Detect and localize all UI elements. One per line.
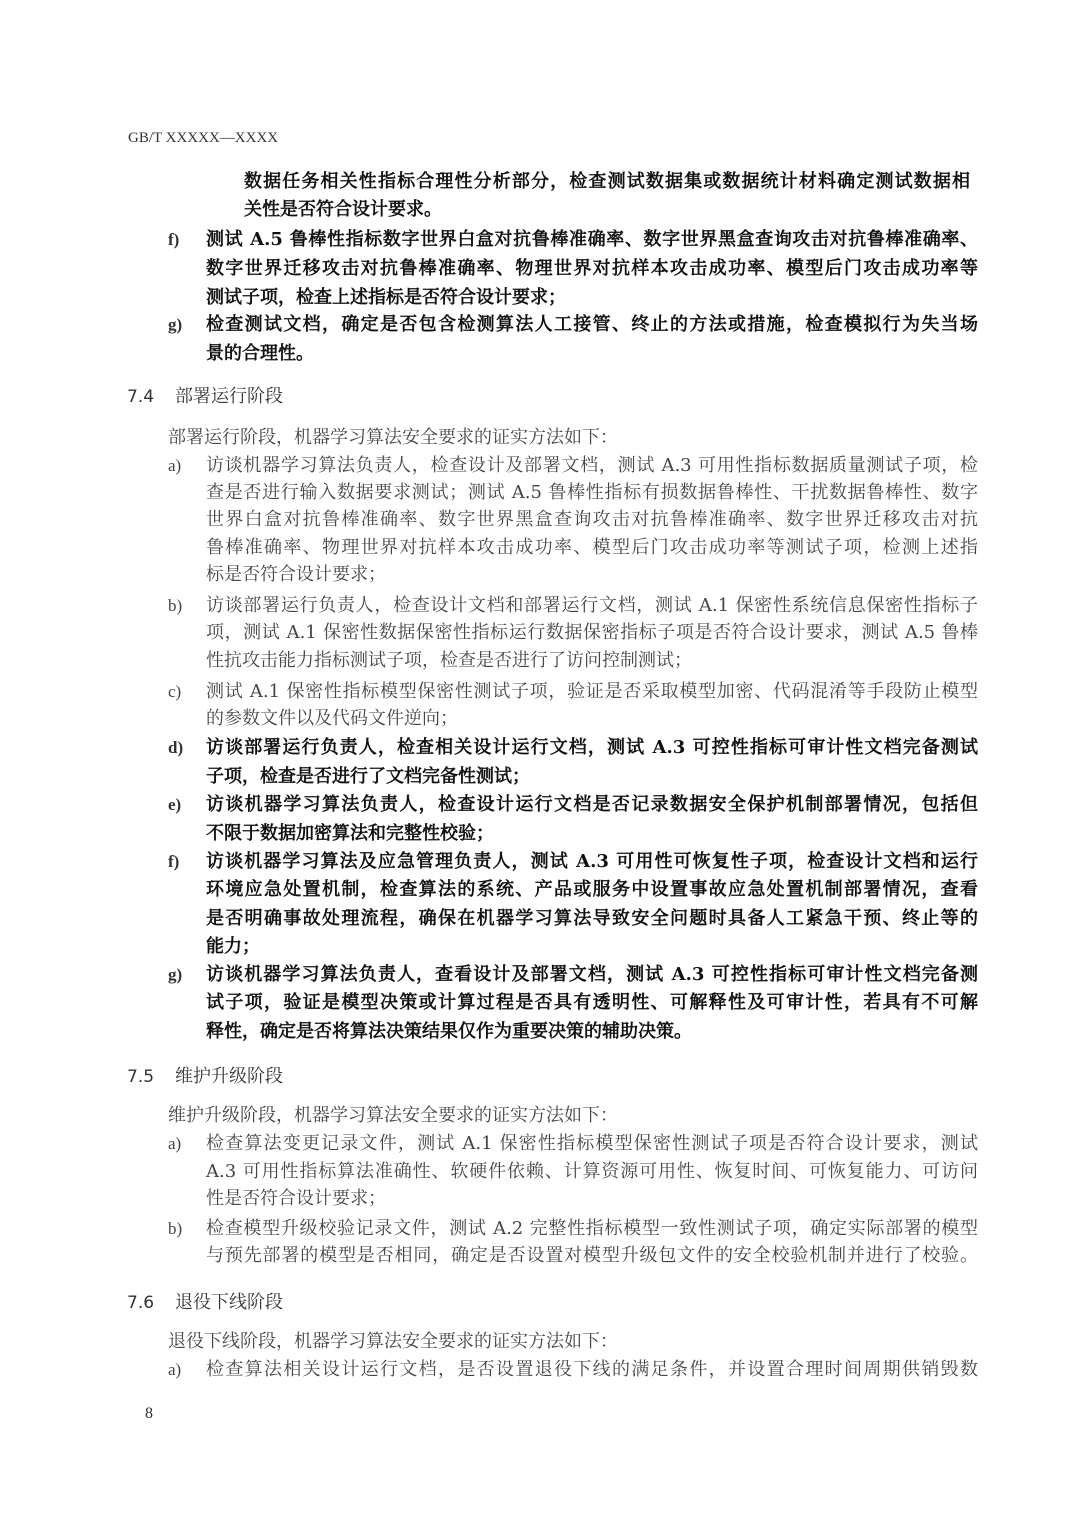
text-line: 标是否符合设计要求； (206, 563, 386, 587)
section-intro: 维护升级阶段，机器学习算法安全要求的证实方法如下： (168, 1104, 618, 1128)
section-title: 退役下线阶段 (175, 1292, 283, 1313)
section-heading-7-4: 7.4部署运行阶段 (127, 382, 283, 408)
item-label: a) (168, 1134, 181, 1154)
text-line: 鲁棒准确率、物理世界对抗样本攻击成功率、模型后门攻击成功率等测试子项，检测上述指 (206, 536, 978, 560)
item-label: g) (168, 315, 182, 335)
text-line: 性是否符合设计要求； (206, 1187, 386, 1211)
text-line: 与预先部署的模型是否相同，确定是否设置对模型升级包文件的安全校验机制并进行了校验… (206, 1244, 978, 1268)
item-label: e) (168, 795, 181, 815)
item-label: b) (168, 1219, 182, 1239)
item-label: a) (168, 1360, 181, 1380)
text-line: 试子项，验证是模型决策或计算过程是否具有透明性、可解释性及可审计性，若具有不可解 (206, 991, 978, 1015)
section-heading-7-6: 7.6退役下线阶段 (127, 1288, 283, 1314)
text-line: 测试子项，检查上述指标是否符合设计要求； (206, 286, 566, 310)
item-label: c) (168, 682, 181, 702)
item-label: f) (168, 852, 179, 872)
text-line: 访谈机器学习算法及应急管理负责人，测试 A.3 可用性可恢复性子项，检查设计文档… (206, 850, 978, 874)
item-label: f) (168, 230, 179, 250)
text-line: 测试 A.5 鲁棒性指标数字世界白盒对抗鲁棒准确率、数字世界黑盒查询攻击对抗鲁棒… (206, 228, 978, 252)
text-line: 关性是否符合设计要求。 (244, 198, 442, 222)
text-line: 访谈机器学习算法负责人，查看设计及部署文档，测试 A.3 可控性指标可审计性文档… (206, 963, 978, 987)
section-title: 维护升级阶段 (175, 1066, 283, 1087)
text-line: 数据任务相关性指标合理性分析部分，检查测试数据集或数据统计材料确定测试数据相 (244, 170, 970, 194)
item-label: d) (168, 738, 183, 758)
text-line: 访谈部署运行负责人，检查相关设计运行文档，测试 A.3 可控性指标可审计性文档完… (206, 736, 978, 760)
text-line: 性抗攻击能力指标测试子项，检查是否进行了访问控制测试； (206, 649, 692, 673)
standard-code-header: GB/T XXXXX—XXXX (128, 130, 278, 147)
text-line: 检查算法相关设计运行文档，是否设置退役下线的满足条件，并设置合理时间周期供销毁数 (206, 1358, 978, 1382)
text-line: 检查测试文档，确定是否包含检测算法人工接管、终止的方法或措施，检查模拟行为失当场 (206, 313, 978, 337)
section-number: 7.6 (127, 1293, 175, 1313)
document-page: GB/T XXXXX—XXXX 数据任务相关性指标合理性分析部分，检查测试数据集… (0, 0, 1080, 1528)
text-line: 不限于数据加密算法和完整性校验； (206, 822, 494, 846)
item-label: a) (168, 456, 181, 476)
text-line: 景的合理性。 (206, 342, 314, 366)
text-line: 查是否进行输入数据要求测试；测试 A.5 鲁棒性指标有损数据鲁棒性、干扰数据鲁棒… (206, 481, 978, 505)
item-label: b) (168, 596, 182, 616)
text-line: 访谈机器学习算法负责人，检查设计运行文档是否记录数据安全保护机制部署情况，包括但 (206, 793, 978, 817)
text-line: 环境应急处置机制，检查算法的系统、产品或服务中设置事故应急处置机制部署情况，查看 (206, 878, 978, 902)
text-line: 数字世界迁移攻击对抗鲁棒准确率、物理世界对抗样本攻击成功率、模型后门攻击成功率等 (206, 257, 978, 281)
page-number: 8 (145, 1405, 153, 1423)
text-line: 项，测试 A.1 保密性数据保密性指标运行数据保密指标子项是否符合设计要求，测试… (206, 621, 978, 645)
section-heading-7-5: 7.5维护升级阶段 (127, 1062, 283, 1088)
text-line: 能力； (206, 935, 260, 959)
text-line: 世界白盒对抗鲁棒准确率、数字世界黑盒查询攻击对抗鲁棒准确率、数字世界迁移攻击对抗 (206, 508, 978, 532)
text-line: 访谈部署运行负责人，检查设计文档和部署运行文档，测试 A.1 保密性系统信息保密… (206, 594, 978, 618)
text-line: 是否明确事故处理流程，确保在机器学习算法导致安全问题时具备人工紧急干预、终止等的 (206, 907, 978, 931)
text-line: 检查模型升级校验记录文件，测试 A.2 完整性指标模型一致性测试子项，确定实际部… (206, 1217, 978, 1241)
section-intro: 退役下线阶段，机器学习算法安全要求的证实方法如下： (168, 1330, 618, 1354)
section-number: 7.4 (127, 387, 175, 407)
text-line: A.3 可用性指标算法准确性、软硬件依赖、计算资源可用性、恢复时间、可恢复能力、… (206, 1160, 978, 1184)
text-line: 的参数文件以及代码文件逆向； (206, 707, 458, 731)
text-line: 检查算法变更记录文件，测试 A.1 保密性指标模型保密性测试子项是否符合设计要求… (206, 1132, 978, 1156)
text-line: 测试 A.1 保密性指标模型保密性测试子项，验证是否采取模型加密、代码混淆等手段… (206, 680, 978, 704)
text-line: 释性，确定是否将算法决策结果仅作为重要决策的辅助决策。 (206, 1020, 692, 1044)
item-label: g) (168, 965, 182, 985)
text-line: 访谈机器学习算法负责人，检查设计及部署文档，测试 A.3 可用性指标数据质量测试… (206, 454, 978, 478)
section-intro: 部署运行阶段，机器学习算法安全要求的证实方法如下： (168, 426, 618, 450)
section-number: 7.5 (127, 1067, 175, 1087)
text-line: 子项，检查是否进行了文档完备性测试； (206, 765, 530, 789)
section-title: 部署运行阶段 (175, 386, 283, 407)
